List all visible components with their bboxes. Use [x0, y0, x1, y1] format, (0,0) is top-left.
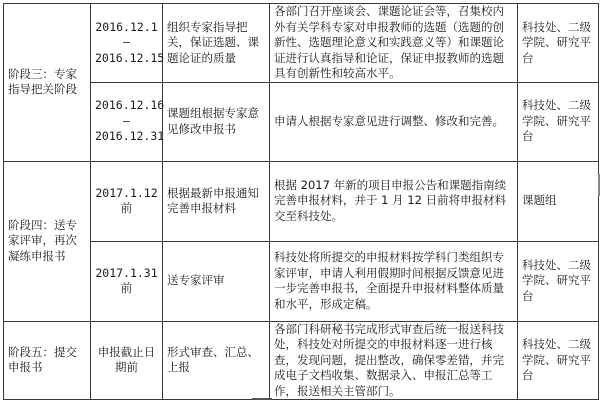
date-cell: 2016.12.16— 2016.12.31 [91, 82, 163, 161]
owner-cell: 科技处、二级学院、研究平台 [518, 82, 599, 161]
task-cell: 根据最新申报通知完善申报材料 [163, 161, 270, 241]
date-cell: 2017.1.31 前 [91, 241, 163, 321]
table-row: 阶段四：送专家评审，再次凝练申报书 2017.1.12 前 根据最新申报通知完善… [4, 161, 599, 241]
owner-cell: 课题组 [518, 161, 599, 241]
stage-label: 阶段五：提交申报书 [4, 321, 91, 400]
table-row: 2016.12.16— 2016.12.31 课题组根据专家意见修改申报书 申请… [4, 82, 599, 161]
task-cell: 形式审查、汇总、上报 [163, 321, 270, 400]
content-cell: 科技处将所提交的申报材料按学科门类组织专家评审，申请人利用假期时间根据反馈意见进… [270, 241, 518, 321]
task-cell: 课题组根据专家意见修改申报书 [163, 82, 270, 161]
stage-label: 阶段三：专家指导把关阶段 [4, 4, 91, 162]
owner-cell: 科技处、二级学院、研究平台 [518, 4, 599, 83]
task-cell: 送专家评审 [163, 241, 270, 321]
table-row: 阶段三：专家指导把关阶段 2016.12.1— 2016.12.15 组织专家指… [4, 4, 599, 83]
table-row: 2017.1.31 前 送专家评审 科技处将所提交的申报材料按学科门类组织专家评… [4, 241, 599, 321]
date-text: 2016.12.1— 2016.12.15 [95, 20, 164, 65]
content-cell: 根据 2017 年新的项目申报公告和课题指南续完善申报材料，并于 1 月 12 … [270, 161, 518, 241]
owner-cell: 科技处、二级学院、研究平台 [518, 321, 599, 400]
date-text: 2016.12.16— 2016.12.31 [95, 98, 164, 143]
task-cell: 组织专家指导把关，保证选题、课题论证的质量 [163, 4, 270, 83]
stage-label: 阶段四：送专家评审，再次凝练申报书 [4, 161, 91, 321]
content-cell: 申请人根据专家意见进行调整、修改和完善。 [270, 82, 518, 161]
date-cell: 2016.12.1— 2016.12.15 [91, 4, 163, 83]
date-cell: 申报截止日期前 [91, 321, 163, 400]
owner-cell: 科技处、二级学院、研究平台 [518, 241, 599, 321]
schedule-table: 阶段三：专家指导把关阶段 2016.12.1— 2016.12.15 组织专家指… [3, 3, 599, 400]
date-cell: 2017.1.12 前 [91, 161, 163, 241]
content-cell: 各部门召开座谈会、课题论证会等，召集校内外有关学科专家对申报教师的选题（选题的创… [270, 4, 518, 83]
content-cell: 各部门科研秘书完成形式审查后统一报送科技处，科技处对所提交的申报材料逐一进行核查… [270, 321, 518, 400]
table-row: 阶段五：提交申报书 申报截止日期前 形式审查、汇总、上报 各部门科研秘书完成形式… [4, 321, 599, 400]
